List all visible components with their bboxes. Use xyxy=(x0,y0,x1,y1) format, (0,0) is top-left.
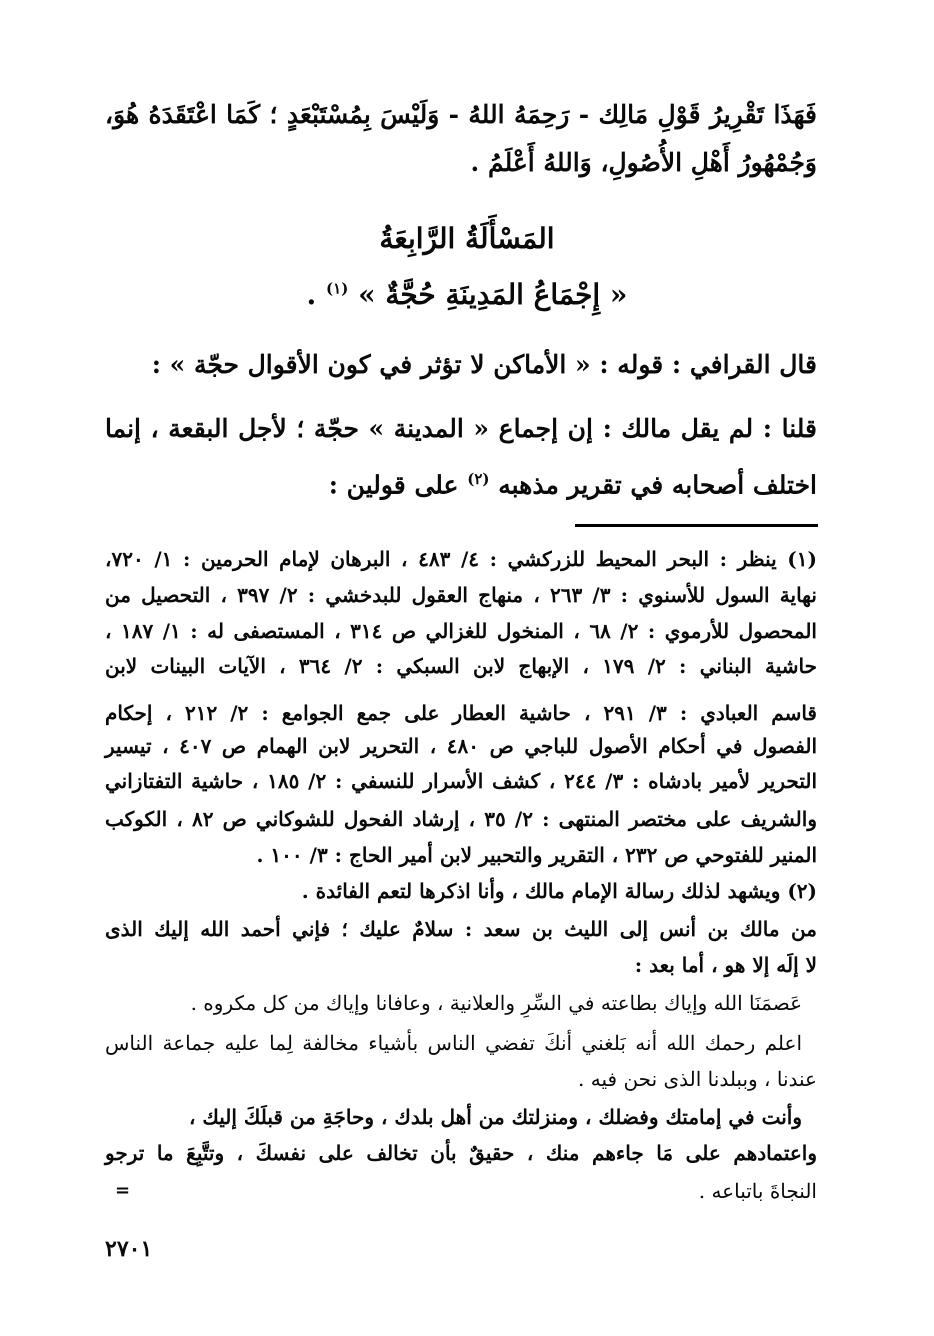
footnote-ref-2: (٢) xyxy=(467,470,489,488)
fn2-line: من مالك بن أنس إلى الليث بن سعد : سلامٌ … xyxy=(105,916,817,942)
section-title: المَسْأَلَةُ الرَّابِعَةُ xyxy=(0,222,934,255)
fn1-line: التحرير لأمير بادشاه : ٣/ ٢٤٤ ، كشف الأس… xyxy=(105,768,817,794)
fn1-line: قاسم العبادي : ٣/ ٢٩١ ، حاشية العطار على… xyxy=(105,700,817,726)
intro-line-2: وَجُمْهُورُ أَهْلِ الأُصُولِ، وَاللهُ أَ… xyxy=(471,148,817,178)
section-subtitle-row: « إِجْمَاعُ المَدِينَةِ حُجَّةٌ » (١) . xyxy=(0,278,934,311)
book-page: فَهَذَا تَقْرِيرُ قَوْلِ مَالِك - رَحِمَ… xyxy=(0,0,934,1336)
fn1-line: المنير للفتوحي ص ٢٣٢ ، التقرير والتحبير … xyxy=(256,842,817,868)
fn1-line: نهاية السول للأسنوي : ٣/ ٢٦٣ ، منهاج الع… xyxy=(105,582,817,608)
reply-line-1: قلنا : لم يقل مالك : إن إجماع « المدينة … xyxy=(105,414,817,444)
fn2-line: النجاةَ باتباعه . xyxy=(699,1178,817,1204)
fn2-line: واعتمادهم على مَا جاءهم منك ، حقيقٌ بأن … xyxy=(105,1140,817,1166)
page-number: ٢٧٠١ xyxy=(105,1236,152,1262)
fn1-line: حاشية البناني : ٢/ ١٧٩ ، الإبهاج لابن ال… xyxy=(105,653,817,679)
fn1-line: والشريف على مختصر المنتهى : ٢/ ٣٥ ، إرشا… xyxy=(105,806,817,832)
fn2-line: عندنا ، وببلدنا الذى نحن فيه . xyxy=(578,1066,817,1092)
section-subtitle: « إِجْمَاعُ المَدِينَةِ حُجَّةٌ » xyxy=(358,278,627,311)
section-subtitle-end: . xyxy=(307,278,317,311)
fn2-line: اعلم رحمك الله أنه بَلغني أنكَ تفضي النا… xyxy=(105,1030,802,1056)
qarafi-quote: قال القرافي : قوله : « الأماكن لا تؤثر ف… xyxy=(152,350,817,380)
fn2-line: لا إلَه إلا هو ، أما بعد : xyxy=(635,952,817,978)
fn1-line: الفصول في أحكام الأصول للباجي ص ٤٨٠ ، ال… xyxy=(105,733,817,759)
fn2-line: (٢) ويشهد لذلك رسالة الإمام مالك ، وأنا … xyxy=(302,878,817,904)
fn1-line: (١) ينظر : البحر المحيط للزركشي : ٤/ ٤٨٣… xyxy=(105,546,817,572)
continuation-mark: = xyxy=(115,1180,130,1201)
reply-line-2-end: على قولين : xyxy=(329,470,459,499)
intro-line-1: فَهَذَا تَقْرِيرُ قَوْلِ مَالِك - رَحِمَ… xyxy=(105,100,817,130)
reply-line-2: اختلف أصحابه في تقرير مذهبه (٢) على قولي… xyxy=(329,464,817,500)
fn2-line: وأنت في إمامتك وفضلك ، ومنزلتك من أهل بل… xyxy=(189,1104,802,1130)
fn1-line: المحصول للأرموي : ٢/ ٦٨ ، المنخول للغزال… xyxy=(105,618,817,644)
fn2-line: عَصمَنَا الله وإياك بطاعته في السِّرِ وا… xyxy=(191,990,802,1016)
footnote-ref-1: (١) xyxy=(326,280,348,298)
reply-line-2-text: اختلف أصحابه في تقرير مذهبه xyxy=(498,470,817,499)
footnote-separator xyxy=(575,524,818,527)
